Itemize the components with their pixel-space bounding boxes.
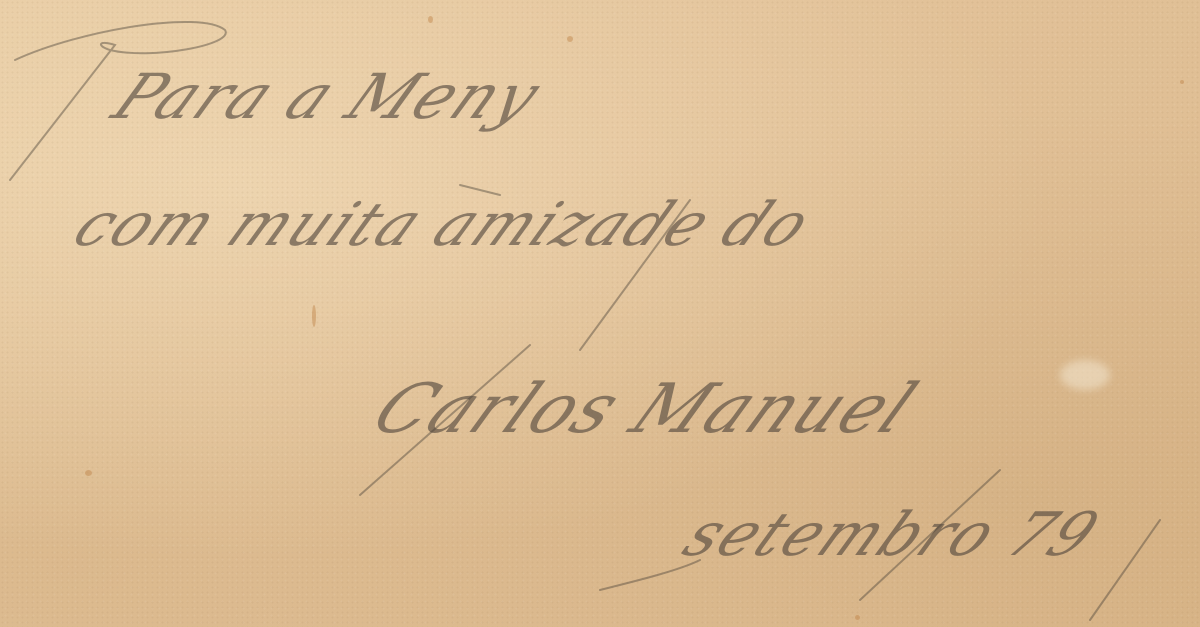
date-line: setembro 79 xyxy=(671,500,1112,570)
aged-paper: Para a Meny com muita amizade do Carlos … xyxy=(0,0,1200,627)
signature: Carlos Manuel xyxy=(359,370,931,449)
dedication-line: Para a Meny xyxy=(101,60,556,133)
friendship-line: com muita amizade do xyxy=(61,190,824,260)
